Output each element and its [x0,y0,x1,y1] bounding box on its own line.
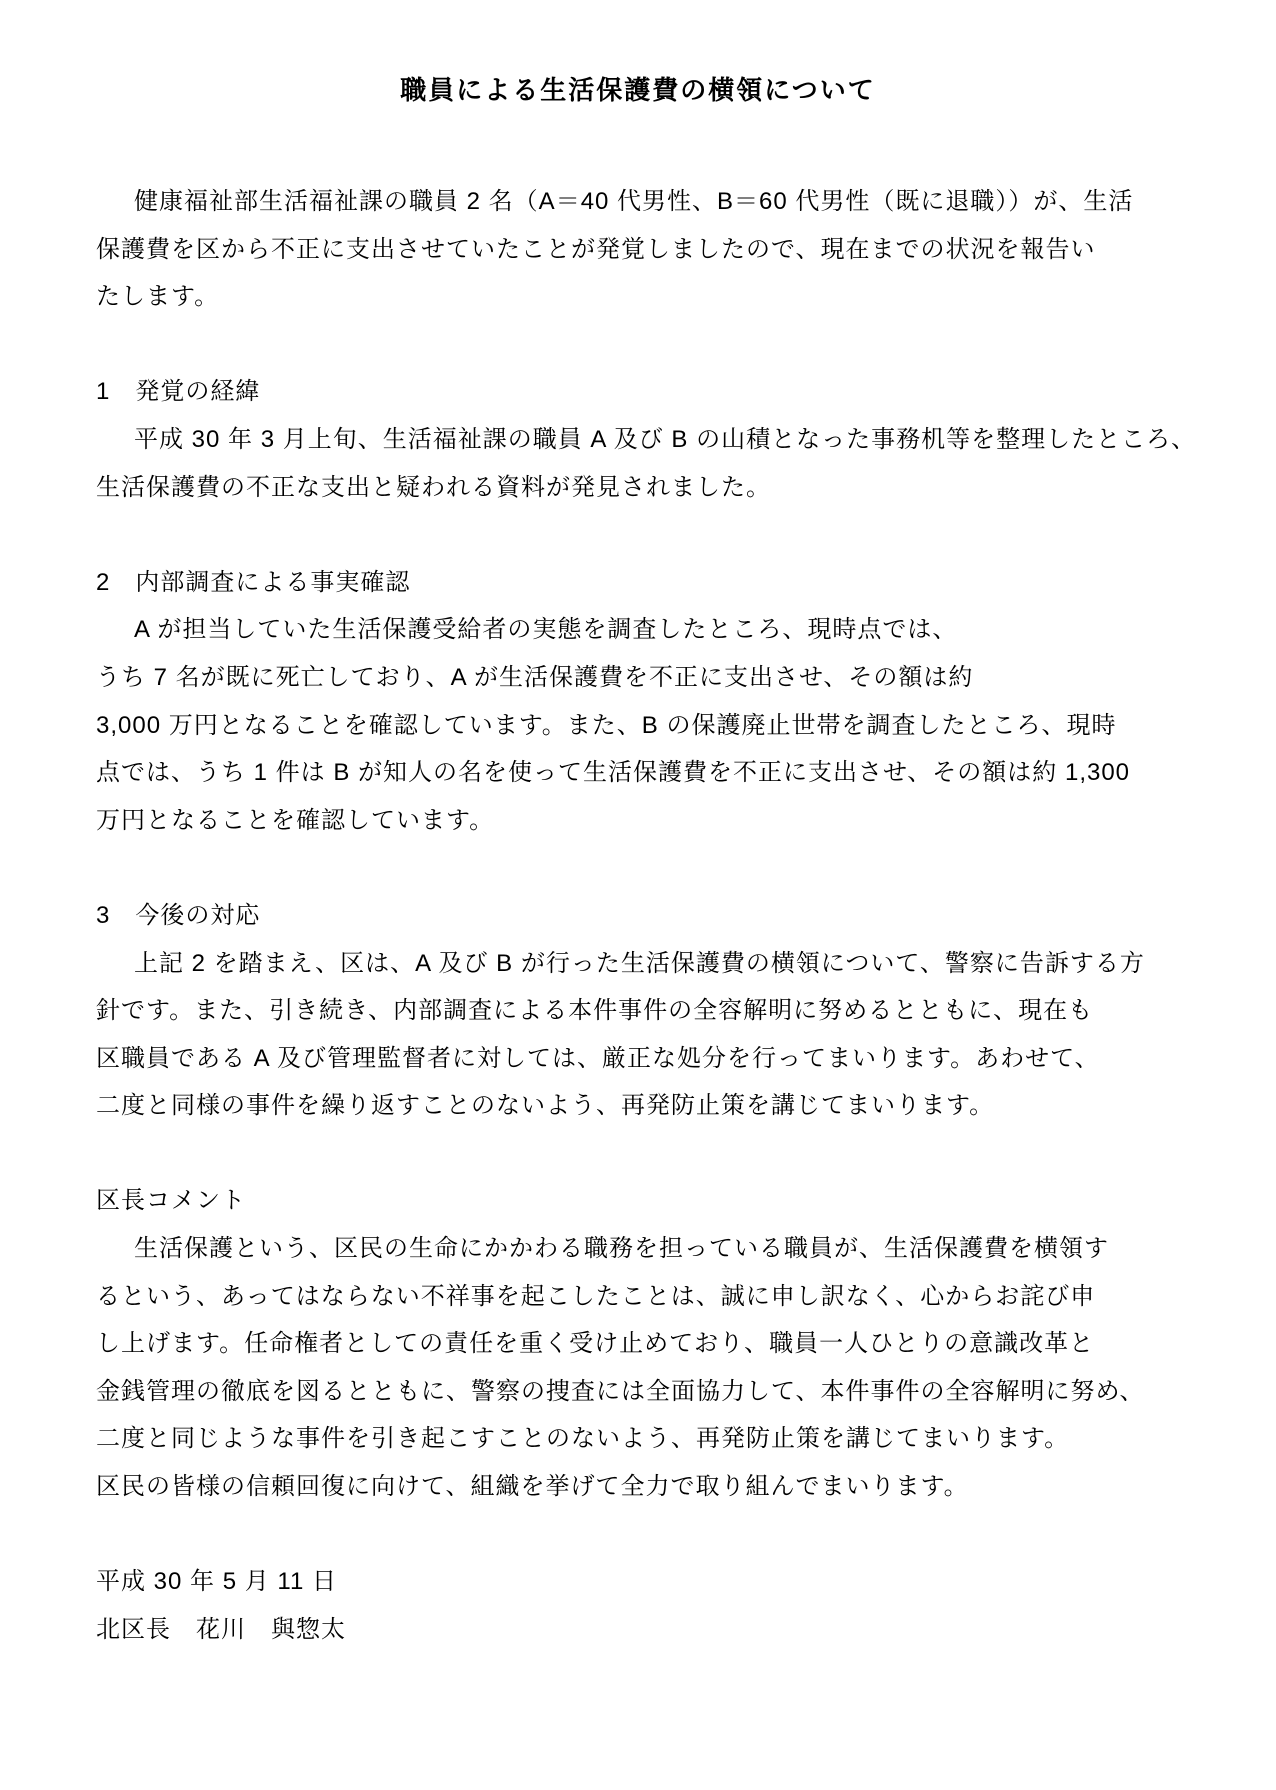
section-2-line-1: A が担当していた生活保護受給者の実態を調査したところ、現時点では、 [96,606,1196,654]
section-2-heading: 2 内部調査による事実確認 [96,559,1196,607]
mayor-comment-line-4: 金銭管理の徹底を図るとともに、警察の捜査には全面協力して、本件事件の全容解明に努… [96,1368,1196,1416]
section-3-line-2: 針です。また、引き続き、内部調査による本件事件の全容解明に努めるとともに、現在も [96,987,1196,1035]
section-1-line-1: 平成 30 年 3 月上旬、生活福祉課の職員 A 及び B の山積となった事務机… [96,416,1196,464]
section-3-line-4: 二度と同様の事件を繰り返すことのないよう、再発防止策を講じてまいります。 [96,1082,1196,1130]
spacer-line [96,1511,1196,1559]
document-date: 平成 30 年 5 月 11 日 [96,1558,1196,1606]
section-2-line-3: 3,000 万円となることを確認しています。また、B の保護廃止世帯を調査したと… [96,702,1196,750]
mayor-comment-line-2: るという、あってはならない不祥事を起こしたことは、誠に申し訳なく、心からお詫び申 [96,1273,1196,1321]
document-body: 健康福祉部生活福祉課の職員 2 名（A＝40 代男性、B＝60 代男性（既に退職… [96,178,1196,1653]
mayor-comment-line-6: 区民の皆様の信頼回復に向けて、組織を挙げて全力で取り組んでまいります。 [96,1463,1196,1511]
section-2-line-5: 万円となることを確認しています。 [96,797,1196,845]
intro-line-2: 保護費を区から不正に支出させていたことが発覚しましたので、現在までの状況を報告い [96,226,1196,274]
mayor-comment-line-1: 生活保護という、区民の生命にかかわる職務を担っている職員が、生活保護費を横領す [96,1225,1196,1273]
section-3-heading: 3 今後の対応 [96,892,1196,940]
spacer-line [96,1130,1196,1178]
section-3-line-3: 区職員である A 及び管理監督者に対しては、厳正な処分を行ってまいります。あわせ… [96,1035,1196,1083]
spacer-line [96,321,1196,369]
section-2-line-2: うち 7 名が既に死亡しており、A が生活保護費を不正に支出させ、その額は約 [96,654,1196,702]
section-1-heading: 1 発覚の経緯 [96,368,1196,416]
intro-line-1: 健康福祉部生活福祉課の職員 2 名（A＝40 代男性、B＝60 代男性（既に退職… [96,178,1196,226]
mayor-comment-line-5: 二度と同じような事件を引き起こすことのないよう、再発防止策を講じてまいります。 [96,1415,1196,1463]
spacer-line [96,844,1196,892]
section-1-line-2: 生活保護費の不正な支出と疑われる資料が発見されました。 [96,464,1196,512]
intro-line-3: たします。 [96,273,1196,321]
section-3-line-1: 上記 2 を踏まえ、区は、A 及び B が行った生活保護費の横領について、警察に… [96,940,1196,988]
document-page: 職員による生活保護費の横領について 健康福祉部生活福祉課の職員 2 名（A＝40… [0,0,1276,1790]
mayor-comment-heading: 区長コメント [96,1177,1196,1225]
section-2-line-4: 点では、うち 1 件は B が知人の名を使って生活保護費を不正に支出させ、その額… [96,749,1196,797]
document-title: 職員による生活保護費の横領について [0,70,1276,110]
mayor-comment-line-3: し上げます。任命権者としての責任を重く受け止めており、職員一人ひとりの意識改革と [96,1320,1196,1368]
spacer-line [96,511,1196,559]
document-signature: 北区長 花川 與惣太 [96,1606,1196,1654]
